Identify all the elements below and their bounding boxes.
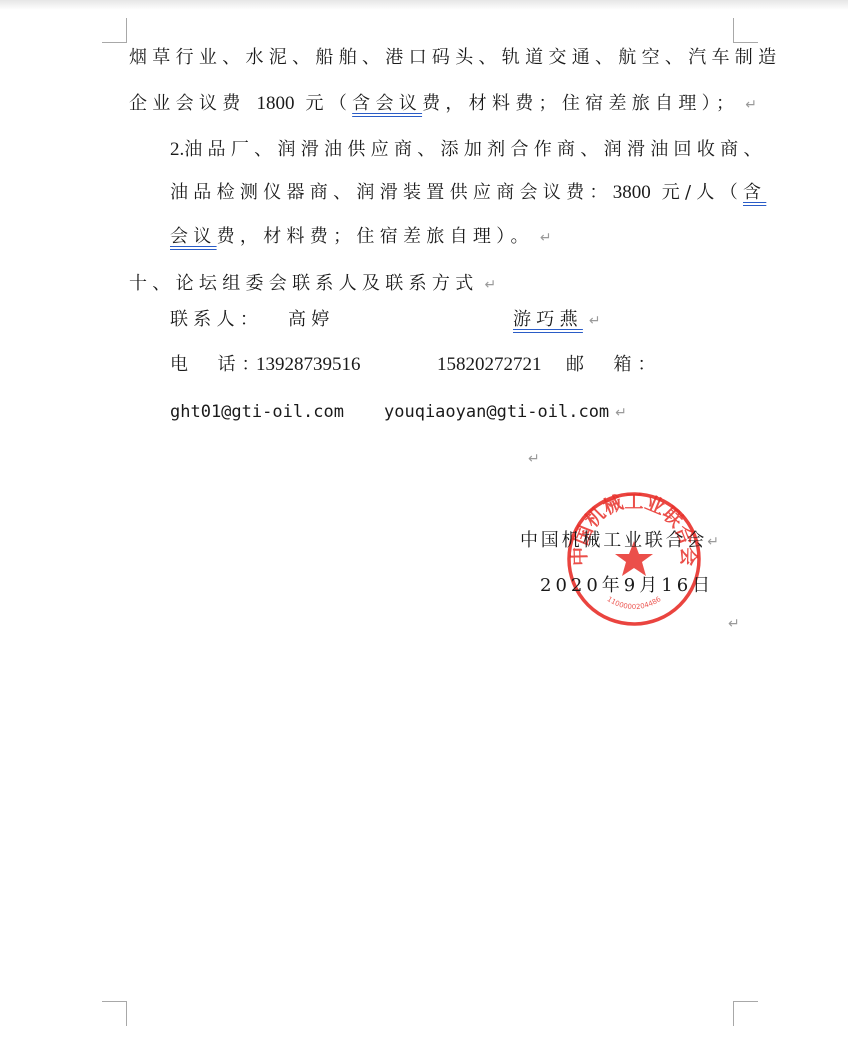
margin-corner-bottom-right <box>733 1001 758 1026</box>
grammar-underline[interactable]: 含会议 <box>352 93 422 114</box>
grammar-underline: 游巧燕 <box>513 309 583 330</box>
empty-paragraph[interactable]: ↵ <box>728 611 740 636</box>
contact-person-1[interactable]: 高婷 <box>288 308 335 332</box>
paragraph-mark-icon: ↵ <box>528 451 540 467</box>
paragraph-mark-icon: ↵ <box>485 277 497 293</box>
window-top-shadow <box>0 0 848 10</box>
paragraph-line[interactable]: 油品检测仪器商、润滑装置供应商会议费：3800 元/人（含 <box>170 181 766 205</box>
paragraph-mark-icon: ↵ <box>728 616 740 632</box>
paragraph-line[interactable]: 企业会议费 1800 元（含会议费，材料费；住宿差旅自理）；↵ <box>129 92 757 117</box>
email-1[interactable]: ght01@gti-oil.com <box>170 400 344 424</box>
paragraph-line[interactable]: 会议费，材料费；住宿差旅自理）。↵ <box>170 225 552 250</box>
paragraph-mark-icon: ↵ <box>589 313 601 329</box>
contact-label: 联系人： <box>170 308 263 332</box>
paragraph-mark-icon: ↵ <box>707 534 719 550</box>
paragraph-line[interactable]: 2.油品厂、润滑油供应商、添加剂合作商、润滑油回收商、 <box>170 138 767 162</box>
email-2[interactable]: youqiaoyan@gti-oil.com↵ <box>384 400 627 425</box>
grammar-underline[interactable]: 会议 <box>170 226 217 247</box>
paragraph-mark-icon: ↵ <box>745 97 757 113</box>
margin-corner-top-right <box>733 18 758 43</box>
paragraph-mark-icon: ↵ <box>540 230 552 246</box>
paragraph-mark-icon: ↵ <box>615 405 627 421</box>
official-seal-stamp: 中国机械工业联合会 1100000204486 <box>566 491 702 627</box>
contact-person-2[interactable]: 游巧燕↵ <box>513 308 601 333</box>
paragraph-line[interactable]: 烟草行业、水泥、船舶、港口码头、轨道交通、航空、汽车制造 <box>129 46 781 70</box>
empty-paragraph[interactable]: ↵ <box>522 446 540 471</box>
section-heading[interactable]: 十、论坛组委会联系人及联系方式↵ <box>129 272 496 297</box>
margin-corner-bottom-left <box>102 1001 127 1026</box>
grammar-underline[interactable]: 含 <box>743 182 766 203</box>
phone-1[interactable]: 13928739516 <box>256 353 361 377</box>
email-label: 邮 箱： <box>566 353 661 377</box>
signature-date[interactable]: 2020年9月16日 <box>540 574 714 598</box>
signature-organization[interactable]: 中国机械工业联合会↵ <box>520 529 719 554</box>
phone-2[interactable]: 15820272721 <box>437 353 542 377</box>
phone-label: 电 话： <box>170 353 265 377</box>
margin-corner-top-left <box>102 18 127 43</box>
